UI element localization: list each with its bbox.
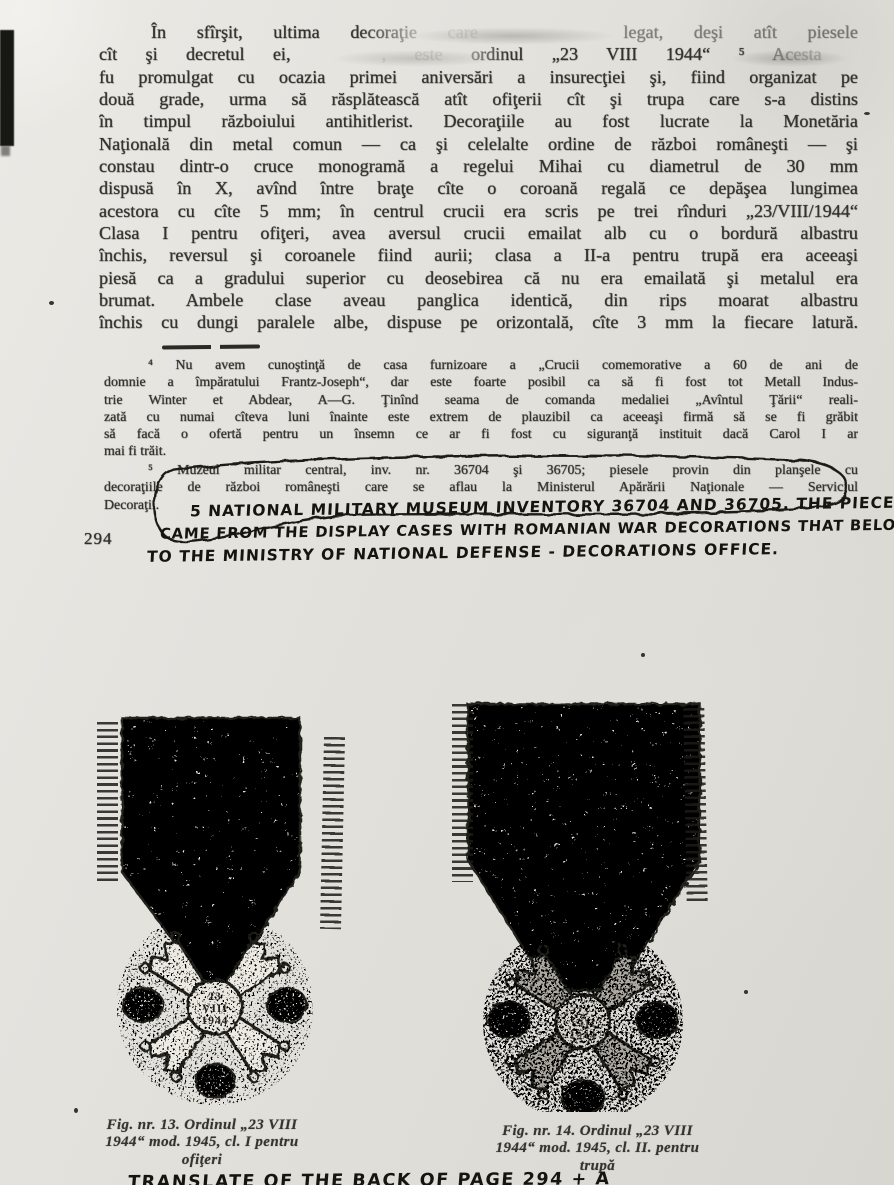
main-paragraph: În sfîrşit, ultima decoraţie care legat,… bbox=[99, 21, 858, 334]
caption-line: 1944“ mod. 1945, cl. II. pentru bbox=[450, 1140, 745, 1157]
right-figure-caption: Fig. nr. 14. Ordinul „23 VIII 1944“ mod.… bbox=[450, 1123, 745, 1175]
paragraph-line: În sfîrşit, ultima decoraţie care legat,… bbox=[99, 21, 858, 43]
medal-center-text: VIII bbox=[202, 1003, 228, 1015]
paragraph-line: cît şi decretul ei, , este ordinul „23 V… bbox=[99, 43, 858, 65]
handwritten-bottom-note: TRANSLATE OF THE BACK OF PAGE 294 + A bbox=[127, 1169, 611, 1185]
caption-line: Fig. nr. 14. Ordinul „23 VIII bbox=[450, 1123, 745, 1140]
ribbon-fringe bbox=[452, 704, 473, 882]
left-figure-caption: Fig. nr. 13. Ordinul „23 VIII 1944“ mod.… bbox=[62, 1117, 342, 1169]
paper-speck bbox=[864, 112, 870, 115]
paragraph-line: dispusă în X, avînd între braţe cîte o c… bbox=[99, 177, 858, 199]
caption-line: Fig. nr. 13. Ordinul „23 VIII bbox=[62, 1117, 342, 1134]
scan-edge-artifact-small bbox=[1, 146, 10, 156]
paragraph-line: constau dintr-o cruce monogramă a regelu… bbox=[99, 155, 858, 177]
paragraph-line: brumat. Ambele clase aveau panglica iden… bbox=[99, 289, 858, 311]
footnote-line: să facă o ofertă pentru un însemn ce ar … bbox=[104, 426, 858, 443]
footnote-line: zată cu numai cîteva luni înainte este e… bbox=[104, 409, 858, 426]
cross: 23 VIII 1944 bbox=[117, 909, 313, 1105]
cross: 23 VIII 1944 bbox=[483, 922, 683, 1112]
medal-center-text: 23 bbox=[208, 991, 222, 1003]
paragraph-line: Naţională din metal comun — ca şi celela… bbox=[99, 133, 858, 155]
paper-speck bbox=[641, 653, 645, 657]
paragraph-line: închis, reversul şi coroanele fiind auri… bbox=[99, 244, 858, 266]
footnote-line: domnie a împăratului Frantz-Joseph“, dar… bbox=[104, 374, 858, 391]
footnote-line: trie Winter et Abdear, A—G. Ţinînd seama… bbox=[104, 392, 858, 409]
paragraph-line: în timpul războiului antihitlerist. Deco… bbox=[99, 110, 858, 132]
ribbon-fringe bbox=[320, 737, 345, 929]
paper-speck bbox=[74, 1108, 78, 1113]
right-medal-photo: 23 VIII 1944 bbox=[450, 690, 722, 1112]
footnote-4: ⁴ Nu avem cunoştinţă de casa furnizoare … bbox=[104, 357, 858, 461]
footnote-line: ⁴ Nu avem cunoştinţă de casa furnizoare … bbox=[104, 357, 858, 374]
ribbon-fringe bbox=[97, 722, 118, 884]
paragraph-line: fu promulgat cu ocazia primei aniversări… bbox=[99, 66, 858, 88]
photocopy-grain bbox=[483, 922, 683, 1112]
scanned-book-page: În sfîrşit, ultima decoraţie care legat,… bbox=[0, 0, 894, 1185]
ribbon-fringe bbox=[683, 708, 707, 904]
caption-line: 1944“ mod. 1945, cl. I pentru bbox=[62, 1134, 342, 1151]
medal-center-text: 1944 bbox=[202, 1015, 229, 1027]
caption-line: ofiţeri bbox=[62, 1152, 342, 1169]
paragraph-line: două grade, urma să răsplătească atît of… bbox=[99, 88, 858, 110]
footnote-separator bbox=[162, 344, 260, 349]
left-medal-photo: 23 VIII 1944 bbox=[92, 702, 344, 1118]
paragraph-line: piesă ca a gradului superior cu deosebir… bbox=[99, 267, 858, 289]
paragraph-line: acestora cu cîte 5 mm; în centrul crucii… bbox=[99, 200, 858, 222]
paragraph-line: închis cu dungi paralele albe, dispuse p… bbox=[99, 311, 858, 333]
scan-edge-artifact bbox=[0, 30, 14, 146]
paper-speck bbox=[744, 990, 748, 994]
paper-speck bbox=[49, 301, 54, 305]
page-number: 294 bbox=[84, 529, 113, 549]
paragraph-line: Clasa I pentru ofiţeri, avea aversul cru… bbox=[99, 222, 858, 244]
